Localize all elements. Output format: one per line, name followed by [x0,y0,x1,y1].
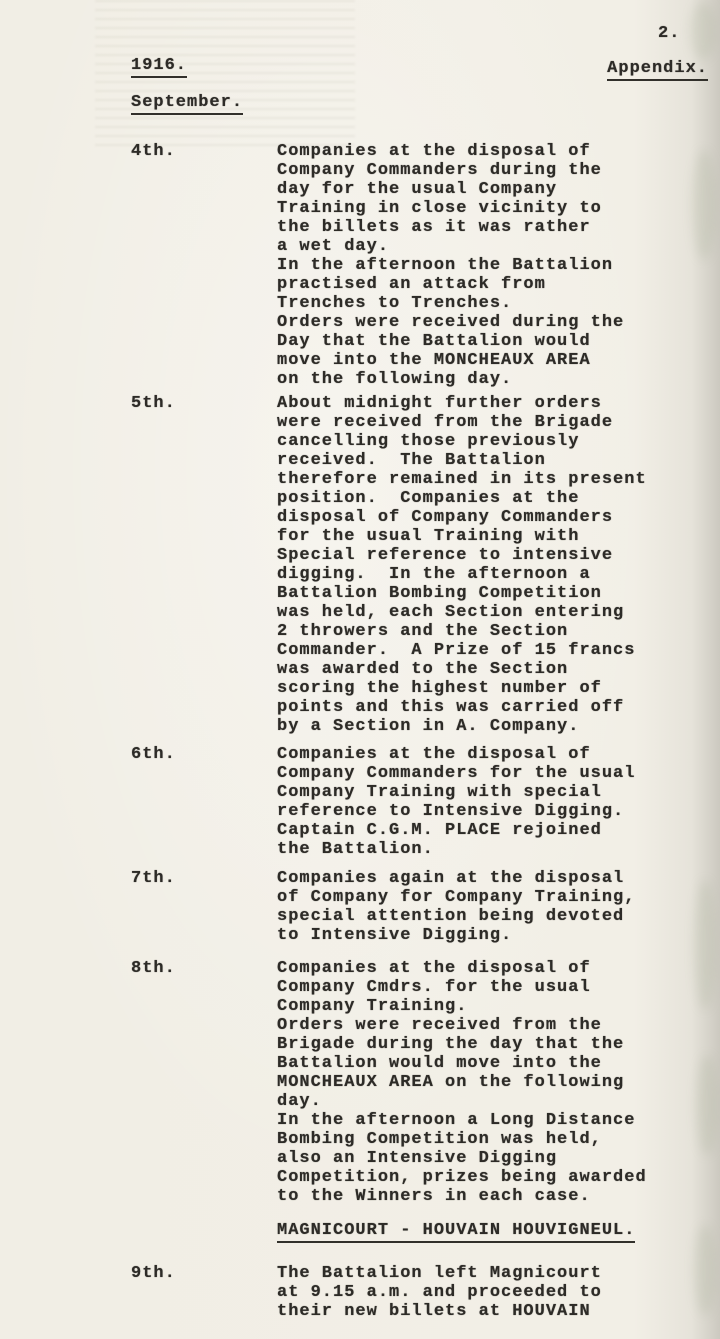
entry-date: 8th. [131,959,277,978]
entry-line: Companies at the disposal of [277,142,700,161]
entry-date: 9th. [131,1264,277,1283]
entry-line: to the Winners in each case. [277,1187,700,1206]
entry-line: received. The Battalion [277,451,700,470]
entry-line: points and this was carried off [277,698,700,717]
entry-date: 5th. [131,394,277,413]
entry-line: therefore remained in its present [277,470,700,489]
entry-line: their new billets at HOUVAIN [277,1302,700,1321]
entry-line: Brigade during the day that the [277,1035,700,1054]
entry-line: was awarded to the Section [277,660,700,679]
diary-entry: 7th.Companies again at the disposalof Co… [131,869,700,945]
entry-line: practised an attack from [277,275,700,294]
entry-line: Special reference to intensive [277,546,700,565]
entry-line: digging. In the afternoon a [277,565,700,584]
document-page: 2. 1916. Appendix. September. 4th.Compan… [0,0,720,1339]
entry-date: 4th. [131,142,277,161]
entry-line: Company Commanders during the [277,161,700,180]
entry-text: Companies at the disposal ofCompany Comm… [277,142,700,389]
entry-line: Trenches to Trenches. [277,294,700,313]
diary-entry: 8th.Companies at the disposal ofCompany … [131,959,700,1206]
entry-line: Companies at the disposal of [277,745,700,764]
entry-text: Companies at the disposal ofCompany Comm… [277,745,700,859]
entry-line: also an Intensive Digging [277,1149,700,1168]
entry-line: Companies again at the disposal [277,869,700,888]
section-heading: MAGNICOURT - HOUVAIN HOUVIGNEUL. [277,1219,700,1240]
entry-line: by a Section in A. Company. [277,717,700,736]
diary-entry: 5th.About midnight further orderswere re… [131,394,700,736]
entry-line: move into the MONCHEAUX AREA [277,351,700,370]
diary-entry: 4th.Companies at the disposal ofCompany … [131,142,700,389]
section-heading-text: MAGNICOURT - HOUVAIN HOUVIGNEUL. [277,1221,635,1243]
entry-line: the Battalion. [277,840,700,859]
entry-line: special attention being devoted [277,907,700,926]
year-heading: 1916. [131,56,187,78]
page-number: 2. [658,24,680,43]
entry-text: Companies at the disposal ofCompany Cmdr… [277,959,700,1206]
entry-line: 2 throwers and the Section [277,622,700,641]
entry-date: 6th. [131,745,277,764]
entry-line: at 9.15 a.m. and proceeded to [277,1283,700,1302]
entry-line: Training in close vicinity to [277,199,700,218]
entry-line: were received from the Brigade [277,413,700,432]
entry-line: About midnight further orders [277,394,700,413]
entry-text: Companies again at the disposalof Compan… [277,869,700,945]
entry-line: day for the usual Company [277,180,700,199]
entry-text: About midnight further orderswere receiv… [277,394,700,736]
entry-line: to Intensive Digging. [277,926,700,945]
entry-line: on the following day. [277,370,700,389]
entry-line: of Company for Company Training, [277,888,700,907]
entry-line: Company Training with special [277,783,700,802]
entry-line: reference to Intensive Digging. [277,802,700,821]
entry-line: Company Cmdrs. for the usual [277,978,700,997]
entry-line: Company Commanders for the usual [277,764,700,783]
entry-line: Orders were received from the [277,1016,700,1035]
entry-line: a wet day. [277,237,700,256]
entry-line: Competition, prizes being awarded [277,1168,700,1187]
entry-line: disposal of Company Commanders [277,508,700,527]
entry-line: the billets as it was rather [277,218,700,237]
entry-line: day. [277,1092,700,1111]
entry-line: Company Training. [277,997,700,1016]
entry-line: cancelling those previously [277,432,700,451]
entry-line: Companies at the disposal of [277,959,700,978]
entry-line: for the usual Training with [277,527,700,546]
entry-line: position. Companies at the [277,489,700,508]
entry-line: Captain C.G.M. PLACE rejoined [277,821,700,840]
diary-entries: 4th.Companies at the disposal ofCompany … [131,142,700,1321]
bleed-through-mark [690,2,716,60]
entry-date: 7th. [131,869,277,888]
entry-line: was held, each Section entering [277,603,700,622]
entry-line: Day that the Battalion would [277,332,700,351]
entry-line: Battalion would move into the [277,1054,700,1073]
diary-entry: 9th.The Battalion left Magnicourtat 9.15… [131,1264,700,1321]
section-heading-row: MAGNICOURT - HOUVAIN HOUVIGNEUL. [131,1219,700,1240]
month-heading: September. [131,93,243,115]
appendix-heading: Appendix. [607,59,708,81]
entry-line: scoring the highest number of [277,679,700,698]
entry-line: The Battalion left Magnicourt [277,1264,700,1283]
entry-line: Bombing Competition was held, [277,1130,700,1149]
entry-text: The Battalion left Magnicourtat 9.15 a.m… [277,1264,700,1321]
entry-line: Orders were received during the [277,313,700,332]
entry-line: Commander. A Prize of 15 francs [277,641,700,660]
diary-entry: 6th.Companies at the disposal ofCompany … [131,745,700,859]
entry-line: MONCHEAUX AREA on the following [277,1073,700,1092]
entry-line: Battalion Bombing Competition [277,584,700,603]
entry-line: In the afternoon the Battalion [277,256,700,275]
entry-line: In the afternoon a Long Distance [277,1111,700,1130]
